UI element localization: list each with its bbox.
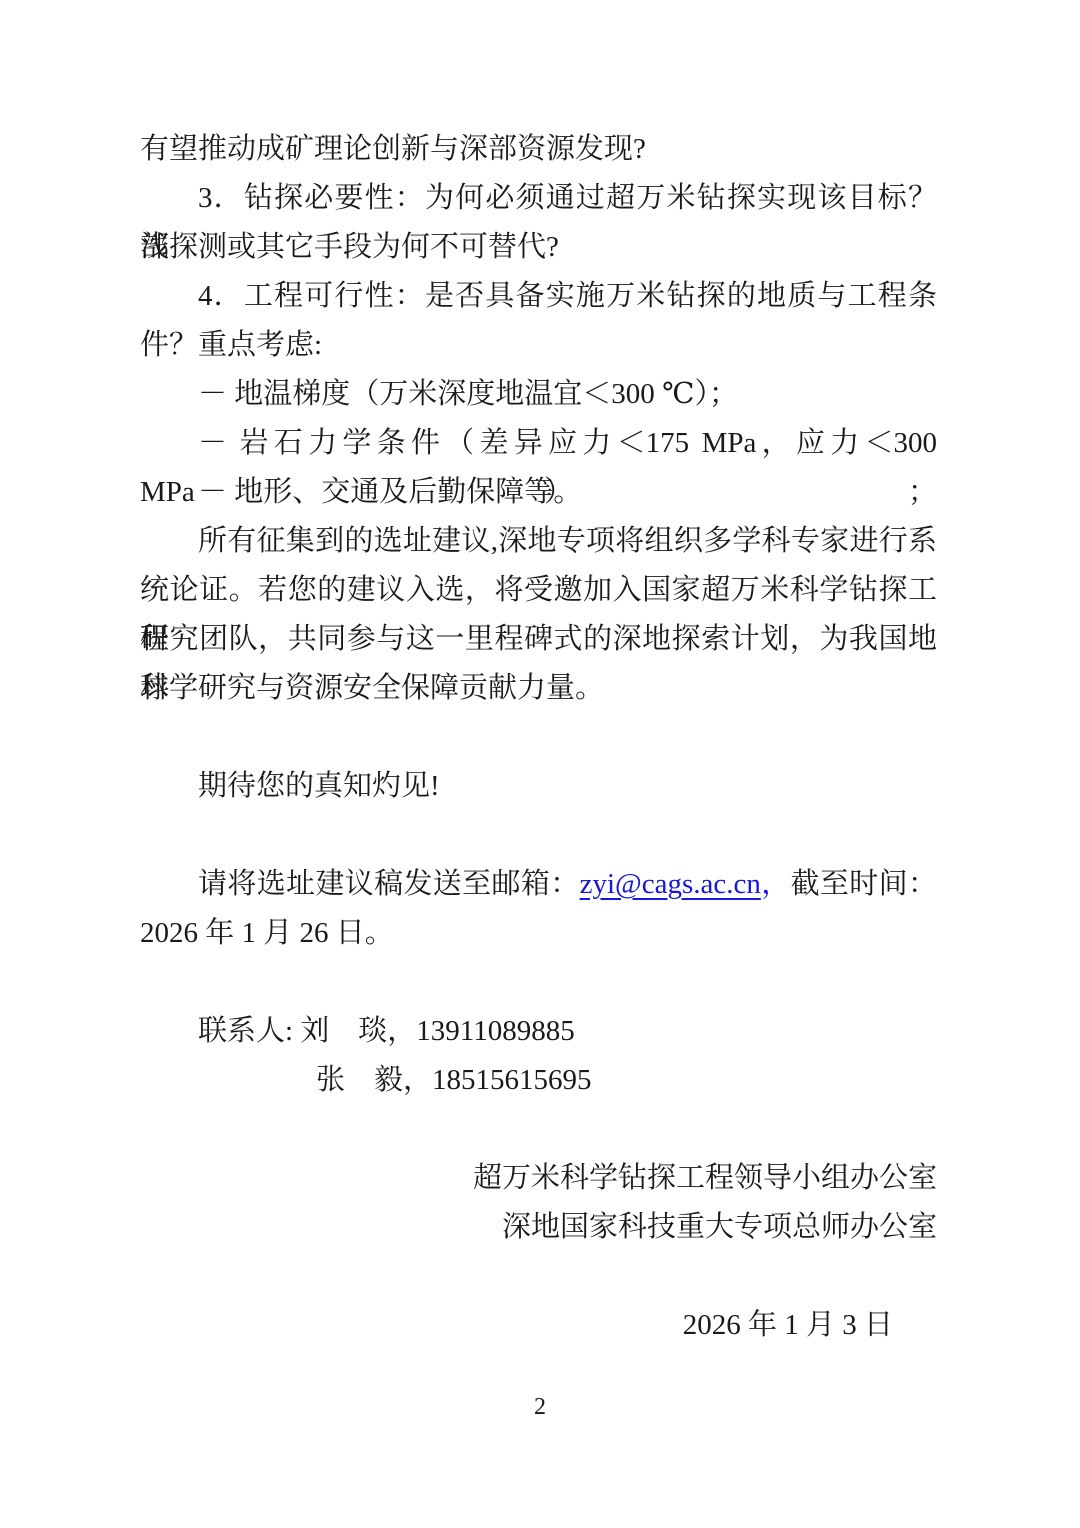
item-4-engineering-feasibility: 4．工程可行性：是否具备实施万米钻探的地质与工程条 xyxy=(140,272,937,321)
email-instruction-suffix: 截至时间： xyxy=(791,868,937,900)
blank-line xyxy=(140,811,937,860)
contact-line-zhang-yi: 张 毅，18515615695 xyxy=(140,1056,937,1105)
signature-deep-earth-office: 深地国家科技重大专项总师办公室 xyxy=(140,1203,937,1252)
letter-date: 2026 年 1 月 3 日 xyxy=(140,1301,937,1350)
blank-line xyxy=(140,1252,937,1301)
bullet-geothermal-gradient: － 地温梯度（万米深度地温宜＜300 ℃）； xyxy=(140,370,937,419)
paragraph-evaluation-line-2: 统论证。若您的建议入选，将受邀加入国家超万米科学钻探工程 xyxy=(140,566,937,615)
body-line-continuation: 有望推动成矿理论创新与深部资源发现? xyxy=(140,125,937,174)
paragraph-evaluation-line-1: 所有征集到的选址建议,深地专项将组织多学科专家进行系 xyxy=(140,517,937,566)
page-number: 2 xyxy=(0,1392,1080,1422)
blank-line xyxy=(140,958,937,1007)
email-instruction-prefix: 请将选址建议稿发送至邮箱： xyxy=(198,868,580,900)
email-instruction-line: 请将选址建议稿发送至邮箱：zyi@cags.ac.cn，截至时间： xyxy=(140,860,937,909)
item-4-continuation: 件？重点考虑: xyxy=(140,321,937,370)
bullet-rock-mechanics: － 岩石力学条件（差异应力＜175 MPa，应力＜300 MPa）； xyxy=(140,419,937,468)
signature-drilling-office: 超万米科学钻探工程领导小组办公室 xyxy=(140,1154,937,1203)
letter-body: 有望推动成矿理论创新与深部资源发现? 3．钻探必要性：为何必须通过超万米钻探实现… xyxy=(140,125,937,1350)
paragraph-evaluation-line-3: 研究团队，共同参与这一里程碑式的深地探索计划，为我国地球 xyxy=(140,615,937,664)
item-3-drilling-necessity: 3．钻探必要性：为何必须通过超万米钻探实现该目标？浅 xyxy=(140,174,937,223)
email-link[interactable]: zyi@cags.ac.cn xyxy=(580,868,761,900)
contact-line-liu-yan: 联系人: 刘 琰，13911089885 xyxy=(140,1007,937,1056)
blank-line xyxy=(140,713,937,762)
item-3-continuation: 部探测或其它手段为何不可替代? xyxy=(140,223,937,272)
closing-remark: 期待您的真知灼见! xyxy=(140,762,937,811)
paragraph-evaluation-line-4: 科学研究与资源安全保障贡献力量。 xyxy=(140,664,937,713)
email-comma: ， xyxy=(761,868,791,900)
deadline-date: 2026 年 1 月 26 日。 xyxy=(140,909,937,958)
blank-line xyxy=(140,1105,937,1154)
